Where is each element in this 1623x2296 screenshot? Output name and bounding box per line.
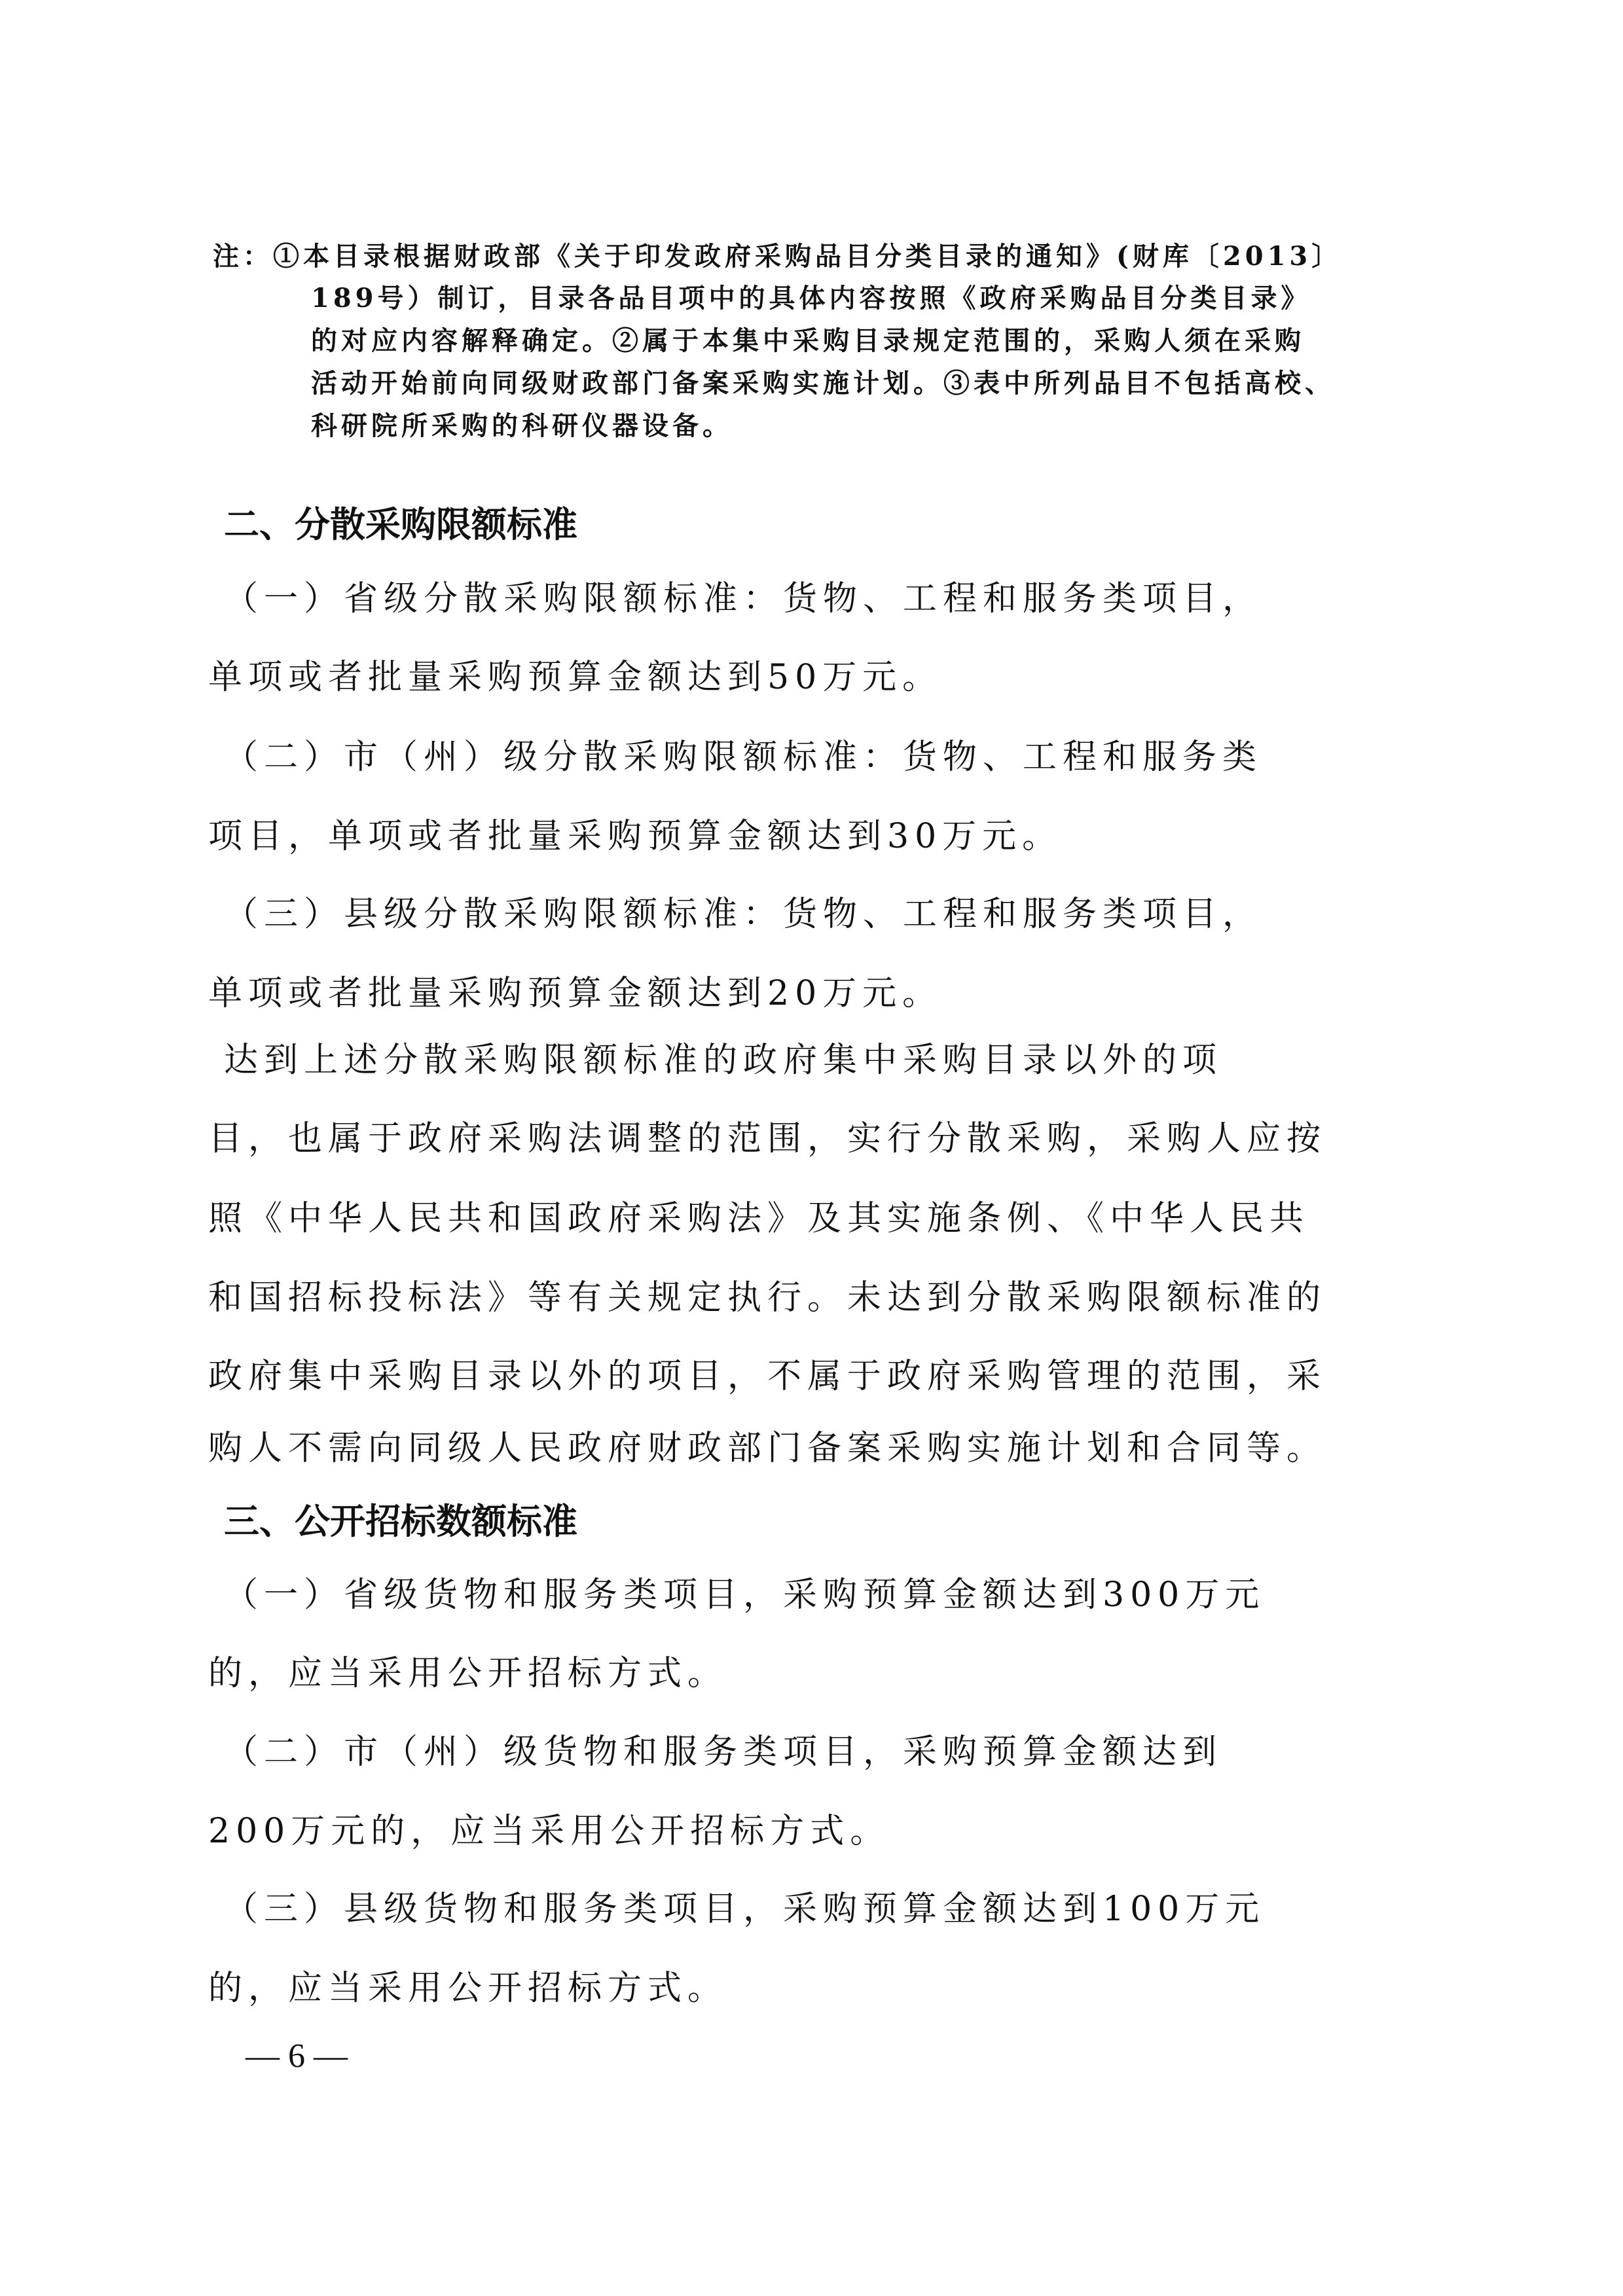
section3-item-3-line2: 的，应当采用公开招标方式。: [208, 1969, 727, 2008]
section3-item-3-line1: （三）县级货物和服务类项目，采购预算金额达到100万元: [224, 1890, 1265, 1929]
section2-item-1-line1: （一）省级分散采购限额标准：货物、工程和服务类项目，: [224, 579, 1262, 619]
paragraph-line: 目，也属于政府采购法调整的范围，实行分散采购，采购人应按: [208, 1119, 1326, 1158]
section2-item-3-line2: 单项或者批量采购预算金额达到20万元。: [208, 974, 942, 1013]
section-heading-2: 二、分散采购限额标准: [224, 505, 577, 545]
note-line: 的对应内容解释确定。②属于本集中采购目录规定范围的，采购人须在采购: [311, 325, 1305, 357]
section2-item-3-line1: （三）县级分散采购限额标准：货物、工程和服务类项目，: [224, 895, 1262, 934]
paragraph-line: 购人不需向同级人民政府财政部门备案采购实施计划和合同等。: [208, 1429, 1326, 1468]
note-line: 189号）制订，目录各品目项中的具体内容按照《政府采购品目分类目录》: [311, 283, 1311, 314]
section2-item-2-line2: 项目，单项或者批量采购预算金额达到30万元。: [208, 817, 1062, 856]
paragraph-line: 和国招标投标法》等有关规定执行。未达到分散采购限额标准的: [208, 1278, 1326, 1318]
section2-item-2-line1: （二）市（州）级分散采购限额标准：货物、工程和服务类: [224, 738, 1262, 777]
paragraph-line: 照《中华人民共和国政府采购法》及其实施条例、《中华人民共: [208, 1199, 1309, 1238]
page-number: — 6 —: [246, 2037, 348, 2075]
section3-item-1-line1: （一）省级货物和服务类项目，采购预算金额达到300万元: [224, 1575, 1265, 1615]
section3-item-2-line2: 200万元的，应当采用公开招标方式。: [208, 1812, 890, 1851]
document-page: 注：①本目录根据财政部《关于印发政府采购品目分类目录的通知》(财库〔2013〕 …: [0, 0, 1623, 2296]
section2-item-1-line2: 单项或者批量采购预算金额达到50万元。: [208, 658, 942, 697]
note-line: 活动开始前向同级财政部门备案采购实施计划。③表中所列品目不包括高校、: [311, 368, 1335, 399]
note-line: 注：①本目录根据财政部《关于印发政府采购品目分类目录的通知》(财库〔2013〕: [213, 241, 1341, 272]
paragraph-line: 达到上述分散采购限额标准的政府集中采购目录以外的项: [224, 1041, 1222, 1080]
section-heading-3: 三、公开招标数额标准: [224, 1502, 577, 1541]
paragraph-line: 政府集中采购目录以外的项目，不属于政府采购管理的范围，采: [208, 1357, 1326, 1396]
note-line: 科研院所采购的科研仪器设备。: [311, 410, 733, 442]
section3-item-1-line2: 的，应当采用公开招标方式。: [208, 1654, 727, 1693]
section3-item-2-line1: （二）市（州）级货物和服务类项目，采购预算金额达到: [224, 1732, 1222, 1772]
